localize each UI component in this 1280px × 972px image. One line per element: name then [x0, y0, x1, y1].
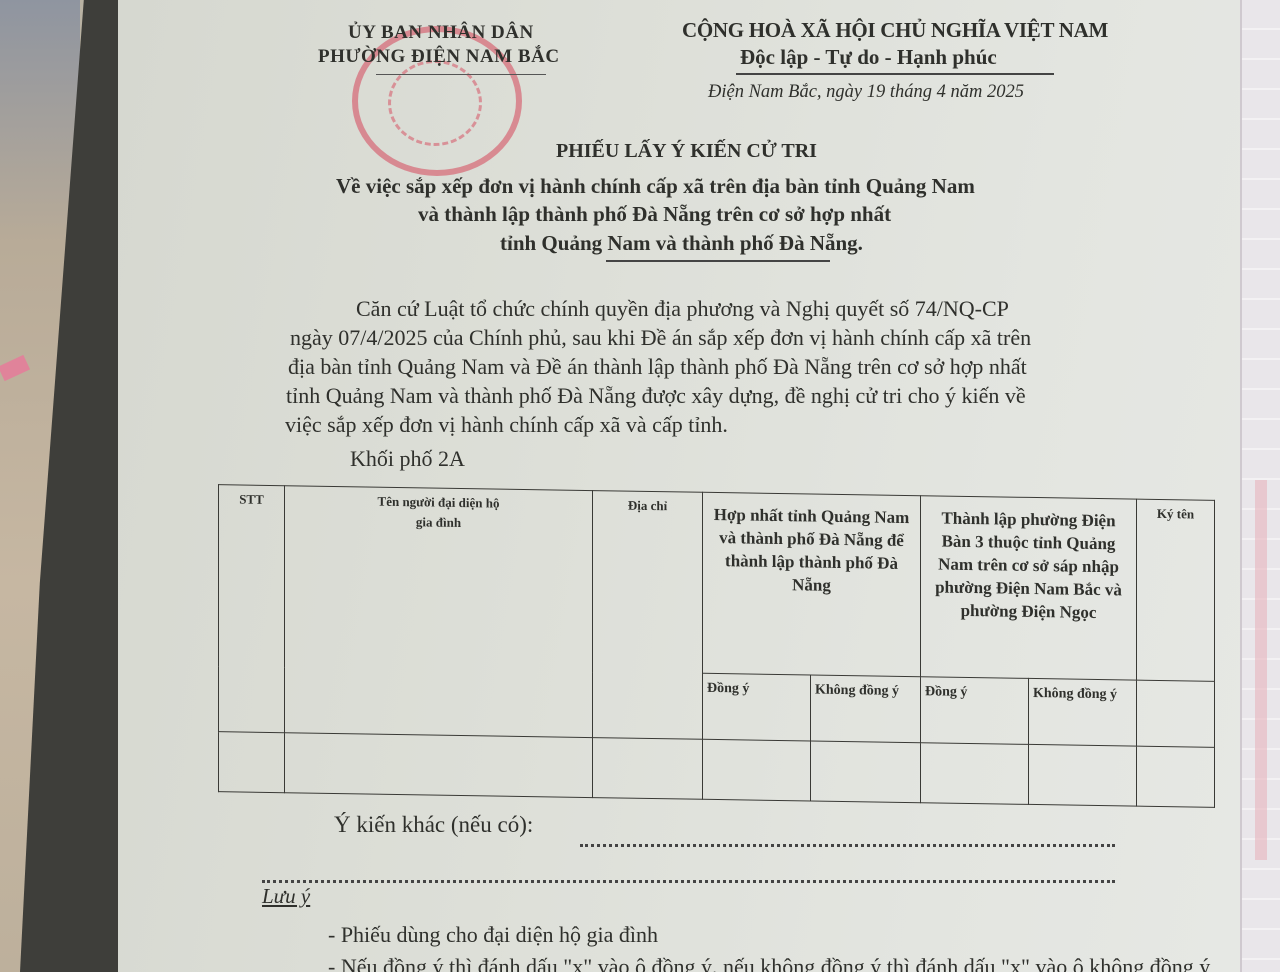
- header-question-2: Thành lập phường Điện Bàn 3 thuộc tỉnh Q…: [921, 496, 1137, 681]
- org-name-line2: PHƯỜNG ĐIỆN NAM BẮC: [318, 46, 560, 68]
- header-household-rep-label: Tên người đại diện hộ gia đình: [374, 492, 504, 534]
- note-item: - Nếu đồng ý thì đánh dấu "x" vào ô đồng…: [328, 954, 1210, 972]
- cell-name[interactable]: [285, 733, 593, 798]
- header-household-rep: Tên người đại diện hộ gia đình: [285, 486, 593, 738]
- header-q1-agree: Đồng ý: [703, 674, 811, 742]
- header-question-1: Hợp nhất tỉnh Quảng Nam và thành phố Đà …: [703, 492, 921, 677]
- other-opinion-field[interactable]: [580, 844, 1115, 847]
- cell-q2-agree[interactable]: [921, 743, 1029, 804]
- body-line: địa bàn tỉnh Quảng Nam và Đề án thành lậ…: [288, 354, 1027, 380]
- place-date: Điện Nam Bắc, ngày 19 tháng 4 năm 2025: [708, 82, 1024, 103]
- block-name: Khối phố 2A: [350, 446, 465, 472]
- header-q1-disagree: Không đồng ý: [811, 675, 921, 743]
- header-stt: STT: [219, 485, 285, 733]
- org-name-line1: ỦY BAN NHÂN DÂN: [348, 22, 534, 44]
- document-subtitle-line1: Về việc sắp xếp đơn vị hành chính cấp xã…: [336, 174, 975, 199]
- body-line: việc sắp xếp đơn vị hành chính cấp xã và…: [285, 412, 728, 438]
- body-line: ngày 07/4/2025 của Chính phủ, sau khi Đề…: [290, 325, 1031, 351]
- note-item: - Phiếu dùng cho đại diện hộ gia đình: [328, 922, 658, 948]
- cell-q1-agree[interactable]: [703, 740, 811, 801]
- motto-underline: [736, 73, 1054, 75]
- header-signature-sub: [1137, 680, 1215, 747]
- header-q2-agree: Đồng ý: [921, 677, 1029, 745]
- cell-q2-disagree[interactable]: [1029, 745, 1137, 806]
- document-subtitle-line3: tỉnh Quảng Nam và thành phố Đà Nẵng.: [500, 231, 863, 256]
- cell-stt[interactable]: [219, 732, 285, 793]
- header-address: Địa chỉ: [593, 491, 703, 740]
- notes-heading: Lưu ý: [262, 884, 310, 909]
- org-underline: [376, 74, 546, 75]
- cell-q1-disagree[interactable]: [811, 741, 921, 802]
- vote-table: STT Tên người đại diện hộ gia đình Địa c…: [218, 484, 1214, 808]
- header-q2-disagree: Không đồng ý: [1029, 679, 1137, 747]
- document-subtitle-line2: và thành lập thành phố Đà Nẵng trên cơ s…: [418, 202, 891, 227]
- cell-signature[interactable]: [1137, 746, 1215, 807]
- other-opinion-label: Ý kiến khác (nếu có):: [334, 812, 533, 838]
- body-line: tỉnh Quảng Nam và thành phố Đà Nẵng được…: [286, 383, 1026, 409]
- document-title: PHIẾU LẤY Ý KIẾN CỬ TRI: [556, 140, 817, 163]
- national-motto: Độc lập - Tự do - Hạnh phúc: [740, 45, 997, 70]
- nation-header: CỘNG HOÀ XÃ HỘI CHỦ NGHĨA VIỆT NAM: [682, 18, 1108, 43]
- header-signature: Ký tên: [1137, 499, 1215, 682]
- body-line: Căn cứ Luật tổ chức chính quyền địa phươ…: [356, 296, 1009, 322]
- cell-address[interactable]: [593, 738, 703, 799]
- subtitle-underline: [606, 260, 830, 262]
- other-opinion-field-line2[interactable]: [262, 880, 1115, 883]
- adjacent-paper-mark: [1255, 480, 1267, 860]
